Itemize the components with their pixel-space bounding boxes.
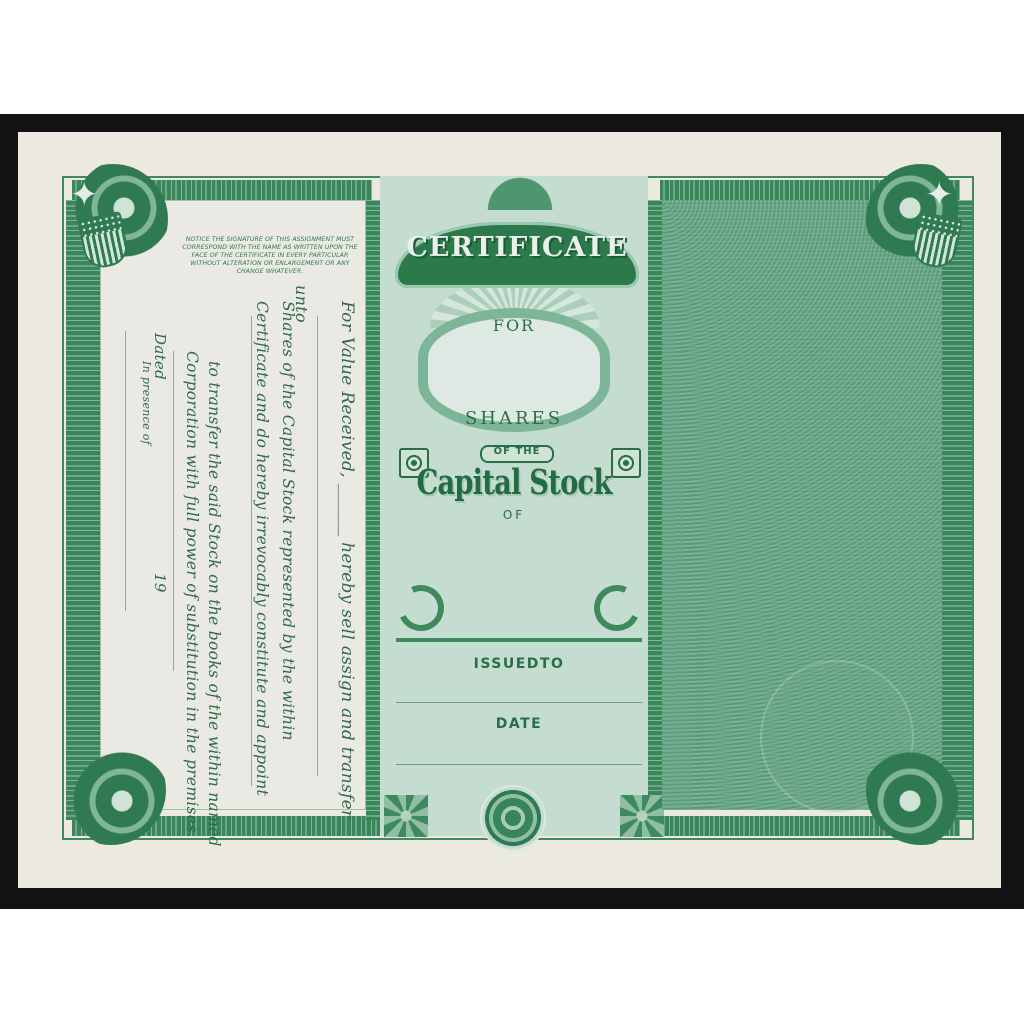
eagle-icon: ✦: [70, 178, 99, 212]
eagle-icon: ✦: [925, 178, 954, 212]
of-label: OF: [380, 508, 648, 522]
flower-tile-left-icon: [384, 795, 428, 837]
shell-corner-bottom-left-icon: [56, 735, 166, 845]
certificate-title-banner: CERTIFICATE: [395, 222, 639, 288]
dated-label: Dated: [151, 333, 169, 380]
dated-line: [173, 351, 174, 671]
assignment-line-certificate: Certificate and do hereby irrevocably co…: [253, 301, 271, 796]
top-crest-ornament: [470, 160, 570, 210]
shell-corner-bottom-right-icon: [866, 735, 976, 845]
issued-to-label: ISSUEDTO: [396, 656, 642, 672]
capital-stock-heading: Capital Stock: [409, 462, 618, 503]
witness-line: [125, 331, 126, 611]
right-border-band: [942, 200, 972, 820]
flower-tile-right-icon: [620, 795, 664, 837]
assignment-line-transfer: to transfer the said Stock on the books …: [205, 361, 223, 847]
of-the-plaque: OF THE: [480, 445, 554, 463]
assignment-line-shares: Shares of the Capital Stock represented …: [279, 301, 297, 741]
center-right-divider: [648, 200, 662, 820]
assignment-panel: NOTICE THE SIGNATURE OF THIS ASSIGNMENT …: [100, 200, 366, 810]
assignment-line-for-value: For Value Received, ______ hereby sell a…: [337, 301, 357, 818]
presence-label: In presence of: [140, 361, 153, 445]
assignment-notice: NOTICE THE SIGNATURE OF THIS ASSIGNMENT …: [181, 236, 359, 276]
shares-label: SHARES: [380, 408, 648, 429]
date-label: DATE: [396, 716, 642, 732]
signature-line: [317, 316, 318, 776]
for-label: FOR: [380, 316, 648, 335]
date-line: [396, 764, 642, 765]
year-prefix: 19: [151, 573, 169, 593]
center-left-divider: [366, 200, 380, 820]
of-the-label: OF THE: [482, 446, 552, 457]
left-border-band: [66, 200, 100, 820]
rosette-medallion-icon: [482, 787, 544, 849]
signature-line: [251, 316, 252, 786]
issued-to-line: [396, 702, 642, 703]
certificate-title: CERTIFICATE: [395, 232, 639, 263]
issue-record-box: ISSUEDTO DATE: [396, 638, 642, 794]
assignment-line-corporation: Corporation with full power of substitut…: [183, 351, 201, 838]
